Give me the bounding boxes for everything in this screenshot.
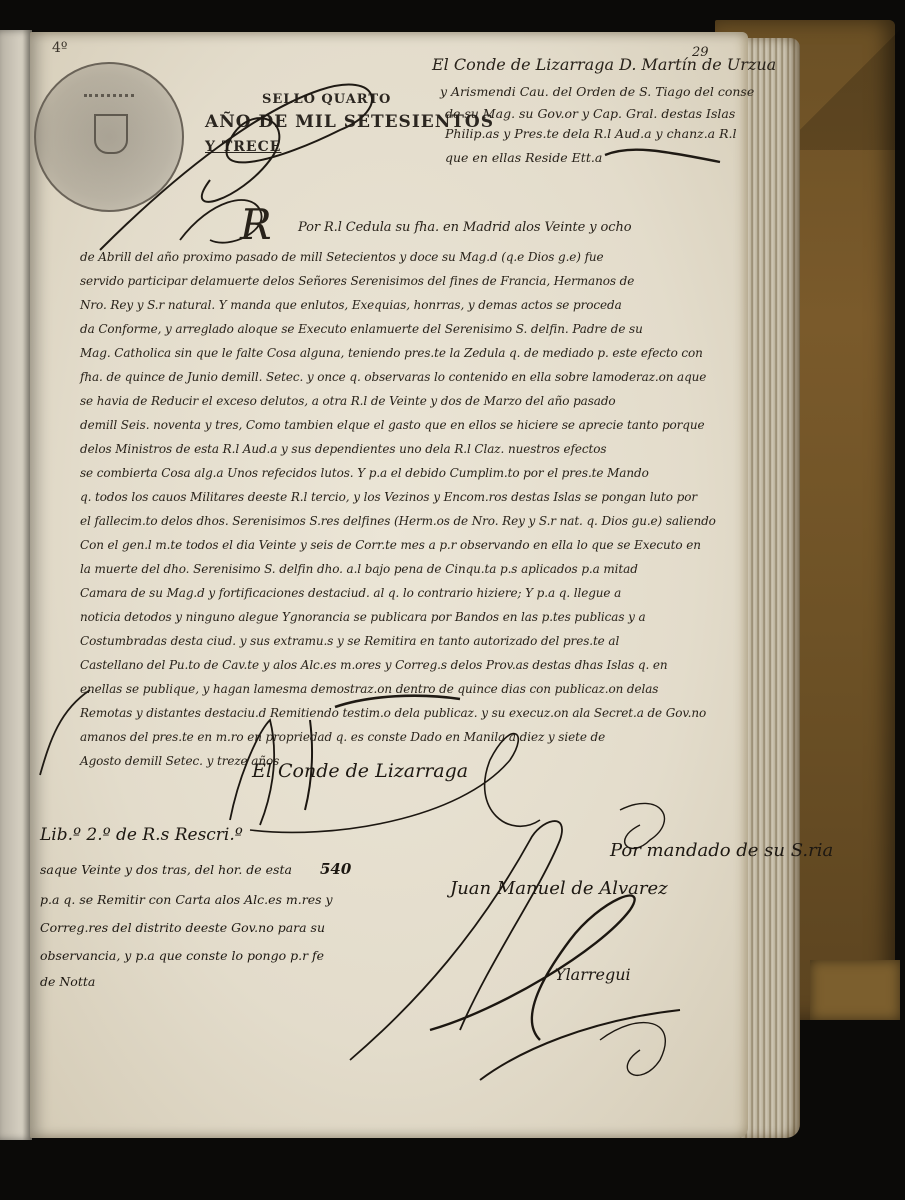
margin-note-line: saque Veinte y dos tras, del hor. de est… [40, 862, 292, 877]
heading-line: Philip.as y Pres.te dela R.l Aud.a y cha… [445, 126, 737, 141]
margin-note-number: 540 [320, 860, 351, 878]
body-line: Costumbradas desta ciud. y sus extramu.s… [80, 634, 619, 648]
secretary-signature-flourish-icon [340, 780, 740, 1100]
margin-note-heading: Lib.º 2.º de R.s Rescri.º [40, 825, 243, 845]
body-line: Con el gen.l m.te todos el dia Veinte y … [80, 538, 701, 552]
body-line: q. todos los cauos Militares deeste R.l … [80, 490, 697, 504]
heading-line: El Conde de Lizarraga D. Martín de Urzua [432, 55, 776, 74]
body-line: demill Seis. noventa y tres, Como tambie… [80, 418, 705, 432]
body-line: Castellano del Pu.to de Cav.te y alos Al… [80, 658, 668, 672]
body-line: Por R.l Cedula su fha. en Madrid alos Ve… [298, 220, 631, 235]
body-line: el fallecim.to delos dhos. Serenisimos S… [80, 514, 716, 528]
cover-tab [810, 960, 900, 1020]
heading-line: de su Mag. su Gov.or y Cap. Gral. destas… [445, 106, 735, 121]
secretary-signature-line-2: Juan Manuel de Alvarez [450, 878, 668, 899]
body-line: la muerte del dho. Serenisimo S. delfin … [80, 562, 638, 576]
body-line: Nro. Rey y S.r natural. Y manda que enlu… [80, 298, 622, 312]
body-line: da Conforme, y arreglado aloque se Execu… [80, 322, 643, 336]
heading-line: y Arismendi Cau. del Orden de S. Tiago d… [440, 84, 754, 99]
margin-note-line: Correg.res del distrito deeste Gov.no pa… [40, 920, 325, 935]
heading-line: que en ellas Reside Ett.a [445, 150, 602, 165]
body-line: se combierta Cosa alg.a Unos refecidos l… [80, 466, 649, 480]
body-line: se havia de Reducir el exceso delutos, a… [80, 394, 616, 408]
governor-signature: El Conde de Lizarraga [252, 760, 468, 782]
photo-stage: 4º SELLO QUARTO AÑO DE MIL SETESIENTOS Y… [0, 0, 905, 1200]
body-line: noticia detodos y ninguno alegue Ygnoran… [80, 610, 646, 624]
closing-flourish-icon [30, 680, 150, 780]
body-line: fha. de quince de Junio demill. Setec. y… [80, 370, 706, 384]
left-facing-page [0, 30, 32, 1140]
body-line: delos Ministros de esta R.l Aud.a y sus … [80, 442, 606, 456]
body-line: Camara de su Mag.d y fortificaciones des… [80, 586, 621, 600]
initial-capital: R [240, 200, 272, 249]
body-line: servido participar delamuerte delos Seño… [80, 274, 634, 288]
margin-note-line: de Notta [40, 974, 95, 989]
body-line: de Abrill del año proximo pasado de mill… [80, 250, 604, 264]
secretary-signature-flourish-name: Ylarregui [555, 965, 631, 984]
margin-note-line: observancia, y p.a que conste lo pongo p… [40, 948, 324, 963]
cover-fold [790, 20, 900, 150]
heading-underline-flourish-icon [600, 140, 730, 170]
margin-note-line: p.a q. se Remitir con Carta alos Alc.es … [40, 892, 333, 907]
body-line: Mag. Catholica sin que le falte Cosa alg… [80, 346, 703, 360]
secretary-signature-line-1: Por mandado de su S.ria [610, 840, 833, 861]
